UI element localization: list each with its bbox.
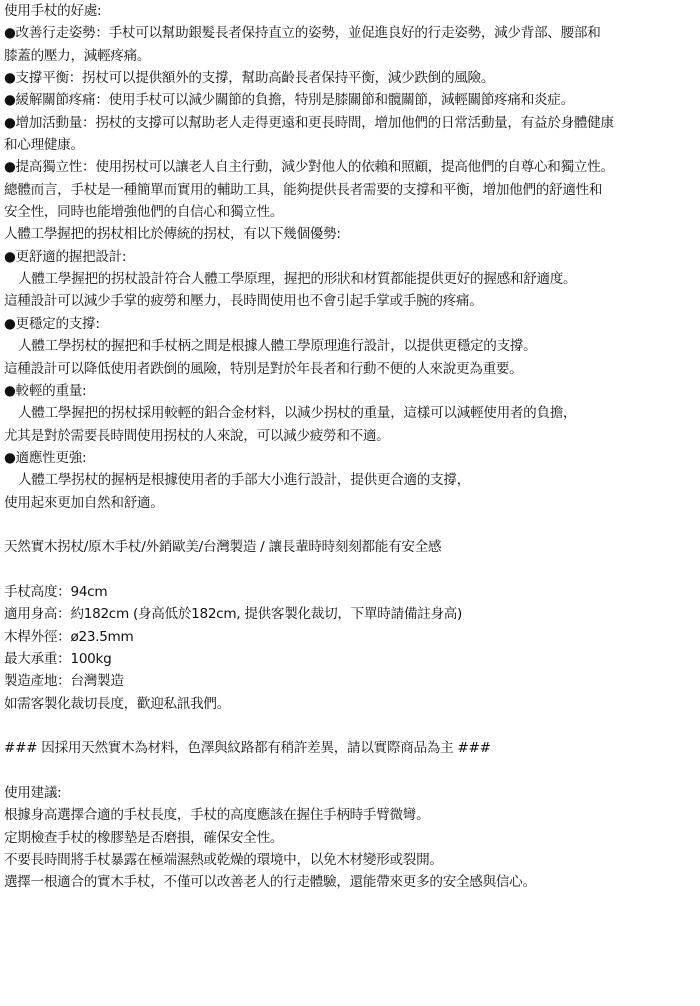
benefit-item-1-line-1: ●改善行走姿勢：手杖可以幫助銀髮長者保持直立的姿勢，並促進良好的行走姿勢，減少背… bbox=[4, 22, 698, 44]
spacer bbox=[4, 514, 698, 536]
spacer bbox=[4, 760, 698, 782]
benefit-item-4-line-1: ●增加活動量：拐杖的支撐可以幫助老人走得更遠和更長時間，增加他們的日常活動量，有… bbox=[4, 112, 698, 134]
usage-line-4: 選擇一根適合的實木手杖，不僅可以改善老人的行走體驗，還能帶來更多的安全感與信心。 bbox=[4, 871, 698, 893]
ergonomic-heading: 人體工學握把的拐杖相比於傳統的拐杖，有以下幾個優勢: bbox=[4, 223, 698, 245]
benefit-item-3: ●緩解關節疼痛：使用手杖可以減少關節的負擔，特別是膝關節和髖關節，減輕關節疼痛和… bbox=[4, 89, 698, 111]
benefits-summary-line-2: 安全性，同時也能增強他們的自信心和獨立性。 bbox=[4, 201, 698, 223]
advantage-2-line-2: 這種設計可以降低使用者跌倒的風險，特別是對於年長者和行動不便的人來說更為重要。 bbox=[4, 358, 698, 380]
advantage-1-line-2: 這種設計可以減少手掌的疲勞和壓力，長時間使用也不會引起手掌或手腕的疼痛。 bbox=[4, 290, 698, 312]
product-description: 使用手杖的好處: ●改善行走姿勢：手杖可以幫助銀髮長者保持直立的姿勢，並促進良好… bbox=[0, 0, 698, 894]
spec-height: 手杖高度：94cm bbox=[4, 581, 698, 603]
usage-line-2: 定期檢查手杖的橡膠墊是否磨損，確保安全性。 bbox=[4, 827, 698, 849]
usage-heading: 使用建議: bbox=[4, 782, 698, 804]
spec-origin: 製造產地：台灣製造 bbox=[4, 670, 698, 692]
spec-diameter: 木桿外徑：ø23.5mm bbox=[4, 626, 698, 648]
advantage-2-title: ●更穩定的支撐: bbox=[4, 313, 698, 335]
advantage-2-line-1: 人體工學拐杖的握把和手杖柄之間是根據人體工學原理進行設計，以提供更穩定的支撐。 bbox=[4, 335, 698, 357]
advantage-1-title: ●更舒適的握把設計: bbox=[4, 246, 698, 268]
advantage-3-line-2: 尤其是對於需要長時間使用拐杖的人來說，可以減少疲勞和不適。 bbox=[4, 425, 698, 447]
advantage-3-line-1: 人體工學握把的拐杖採用較輕的鋁合金材料，以減少拐杖的重量，這樣可以減輕使用者的負… bbox=[4, 402, 698, 424]
benefit-item-5: ●提高獨立性：使用拐杖可以讓老人自主行動，減少對他人的依賴和照顧，提高他們的自尊… bbox=[4, 156, 698, 178]
spec-suitable-height: 適用身高：約182cm (身高低於182cm, 提供客製化裁切，下單時請備註身高… bbox=[4, 603, 698, 625]
benefit-item-1-line-2: 膝蓋的壓力，減輕疼痛。 bbox=[4, 45, 698, 67]
benefit-item-4-line-2: 和心理健康。 bbox=[4, 134, 698, 156]
benefits-summary-line-1: 總體而言，手杖是一種簡單而實用的輔助工具，能夠提供長者需要的支撐和平衡，增加他們… bbox=[4, 179, 698, 201]
advantage-3-title: ●較輕的重量: bbox=[4, 380, 698, 402]
benefit-item-2: ●支撐平衡：拐杖可以提供額外的支撐，幫助高齡長者保持平衡，減少跌倒的風險。 bbox=[4, 67, 698, 89]
product-title: 天然實木拐杖/原木手杖/外銷歐美/台灣製造 / 讓長輩時時刻刻都能有安全感 bbox=[4, 536, 698, 558]
material-notice: ### 因採用天然實木為材料，色澤與紋路都有稍許差異，請以實際商品為主 ### bbox=[4, 737, 698, 759]
benefits-heading: 使用手杖的好處: bbox=[4, 0, 698, 22]
usage-line-3: 不要長時間將手杖暴露在極端濕熱或乾燥的環境中，以免木材變形或裂開。 bbox=[4, 849, 698, 871]
advantage-4-line-2: 使用起來更加自然和舒適。 bbox=[4, 492, 698, 514]
usage-line-1: 根據身高選擇合適的手杖長度，手杖的高度應該在握住手柄時手臂微彎。 bbox=[4, 804, 698, 826]
advantage-4-title: ●適應性更強: bbox=[4, 447, 698, 469]
advantage-4-line-1: 人體工學拐杖的握柄是根據使用者的手部大小進行設計，提供更合適的支撐， bbox=[4, 469, 698, 491]
spec-custom-note: 如需客製化裁切長度，歡迎私訊我們。 bbox=[4, 693, 698, 715]
advantage-1-line-1: 人體工學握把的拐杖設計符合人體工學原理，握把的形狀和材質都能提供更好的握感和舒適… bbox=[4, 268, 698, 290]
spacer bbox=[4, 715, 698, 737]
spacer bbox=[4, 559, 698, 581]
spec-max-load: 最大承重：100kg bbox=[4, 648, 698, 670]
